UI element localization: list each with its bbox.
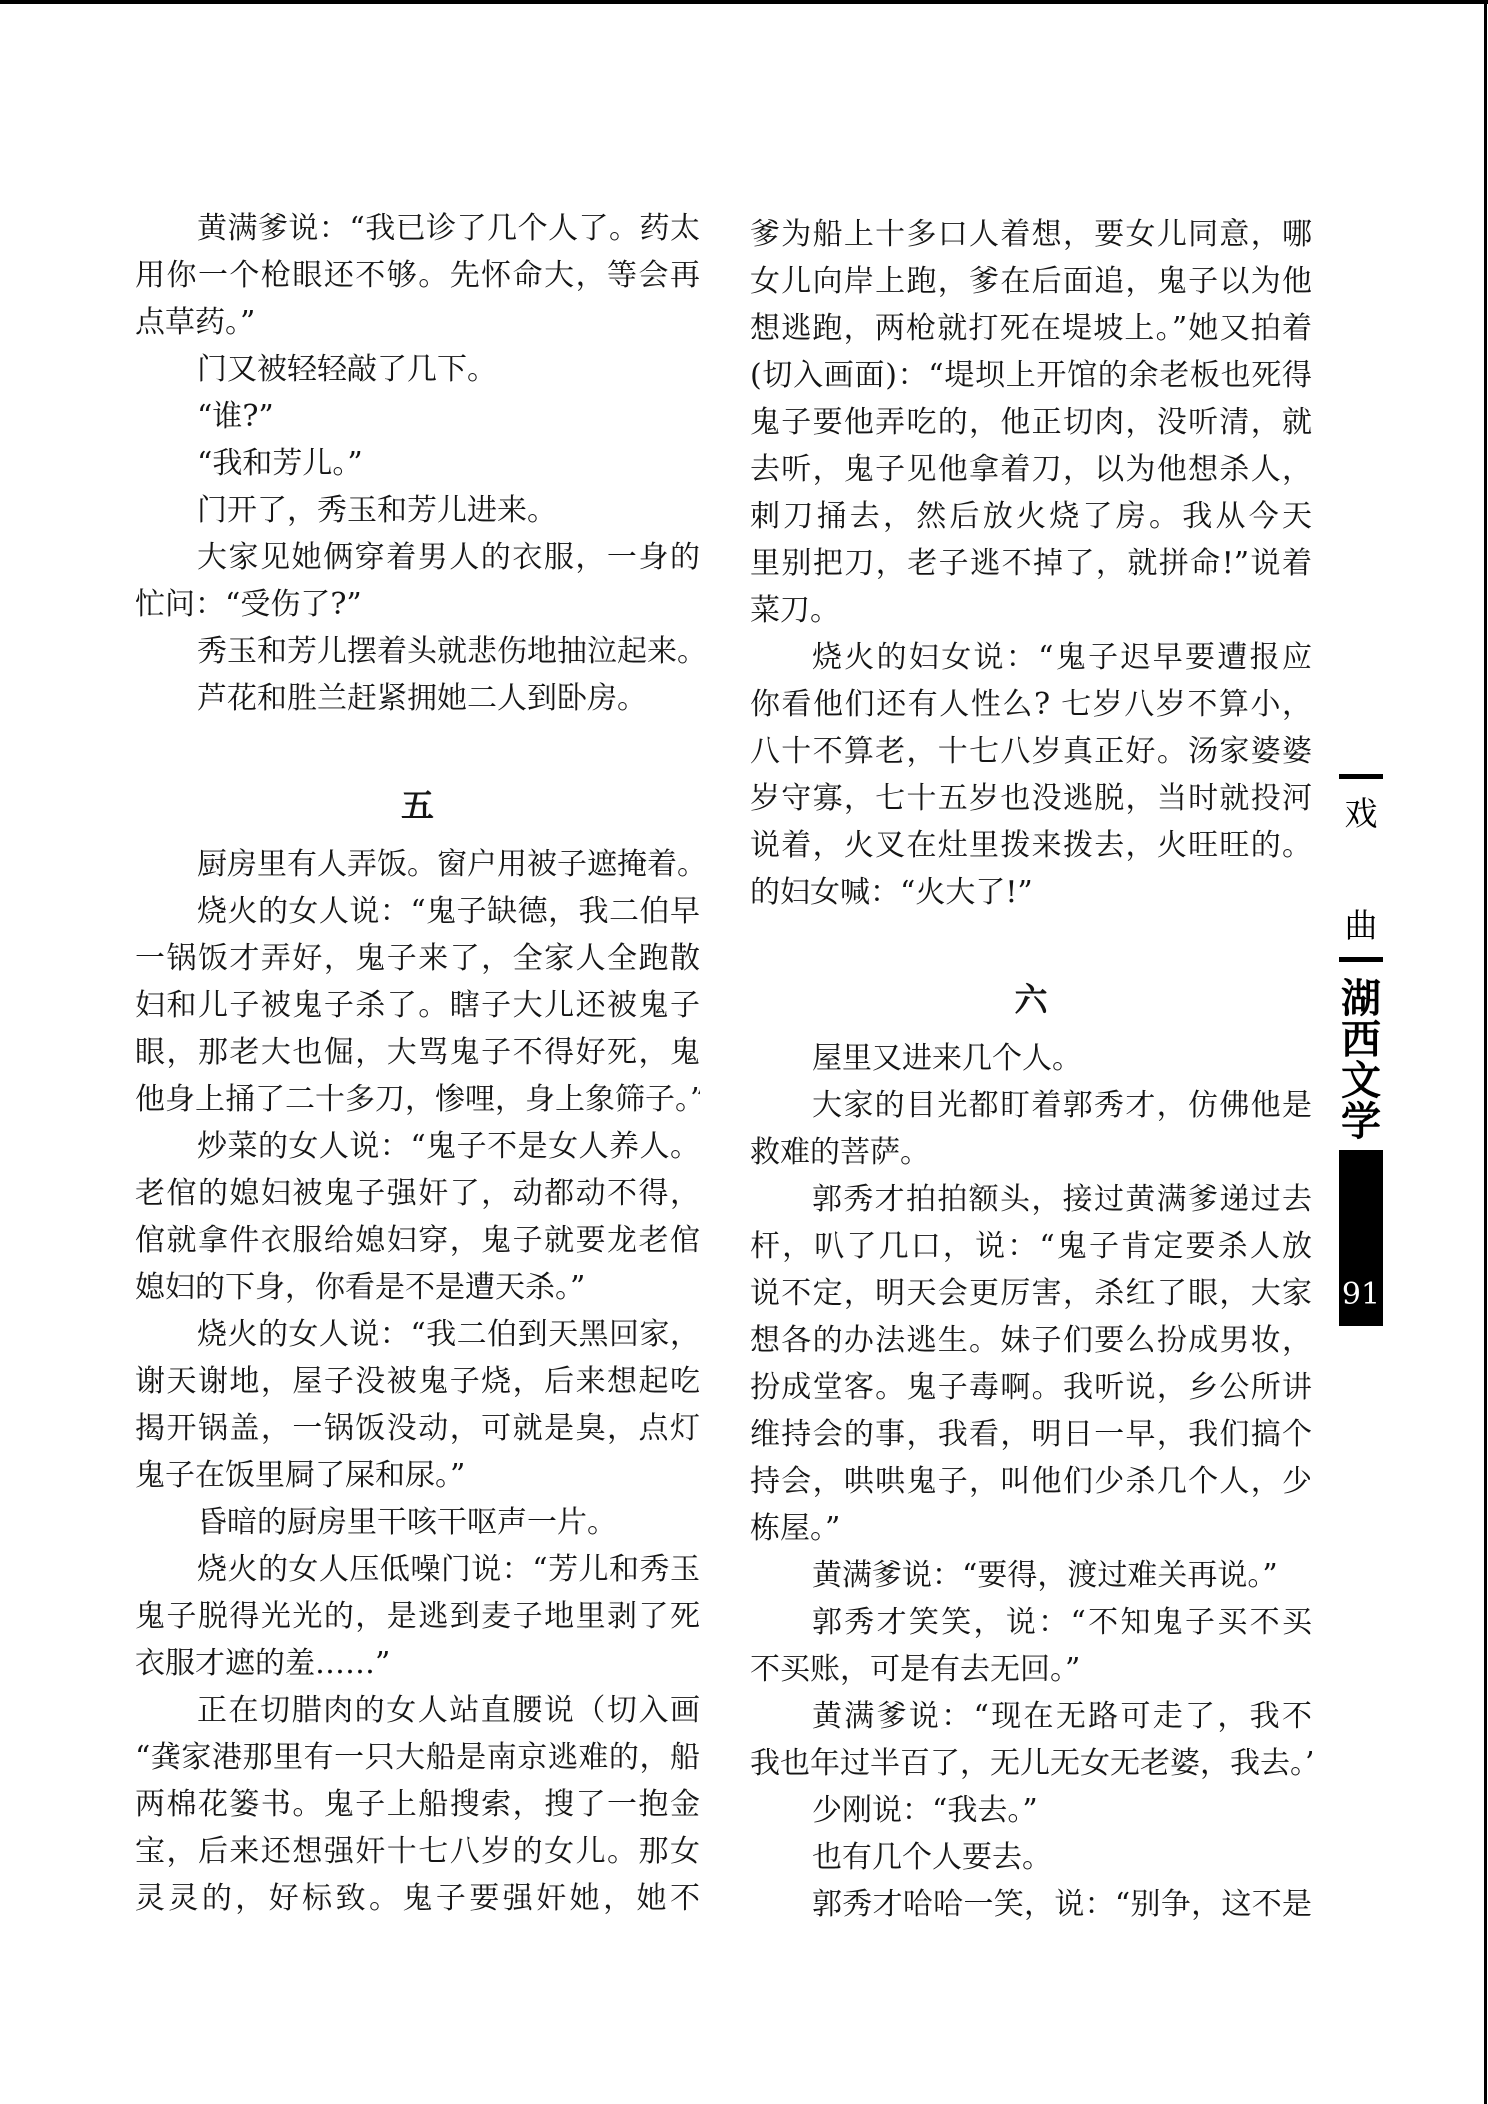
section-label-char-1: 戏 [1339,796,1383,832]
right-column: 爹为船上十多口人着想，要女儿同意，哪知，女儿向岸上跑，爹在后面追，鬼子以为他们是… [750,211,1312,1928]
section-heading: 五 [135,782,700,829]
text-line: 说不定，明天会更厉害，杀红了眼，大家要各 [750,1270,1312,1317]
text-line: 去听，鬼子见他拿着刀，以为他想杀人，就用 [750,446,1312,493]
text-line: 郭秀才拍拍额头，接过黄满爹递过去的烟 [750,1176,1312,1223]
text-line: 刺刀捅去，然后放火烧了房。我从今天起，腰 [750,493,1312,540]
magazine-logo-char-3: 文 [1336,1060,1386,1101]
text-line: 黄满爹说：“现在无路可走了，我不怕， [750,1693,1312,1740]
magazine-logo-char-2: 西 [1336,1019,1386,1060]
left-column: 黄满爹说：“我已诊了几个人了。药太少，用你一个枪眼还不够。先怀命大，等会再去扯点… [135,205,700,1922]
text-line: 忙问：“受伤了?” [135,581,700,628]
text-line: 少刚说：“我去。” [750,1787,1312,1834]
page-top-border [0,0,1488,4]
text-line: 黄满爹说：“要得，渡过难关再说。” [750,1552,1312,1599]
magazine-logo: 湖 西 文 学 [1336,978,1386,1142]
text-line: 他身上捅了二十多刀，惨哩，身上象筛子。” [135,1076,700,1123]
text-line: 八十不算老，十七八岁真正好。汤家婆婆二十 [750,728,1312,775]
text-line: 也有几个人要去。 [750,1834,1312,1881]
text-line: 救难的菩萨。 [750,1129,1312,1176]
text-line: 持会，哄哄鬼子，叫他们少杀几个人，少烧几 [750,1458,1312,1505]
text-line: “谁?” [135,393,700,440]
text-line: 你看他们还有人性么? 七岁八岁不算小，七十 [750,681,1312,728]
text-line: “我和芳儿。” [135,440,700,487]
text-line: 老倌的媳妇被鬼子强奸了，动都动不得，龙老 [135,1170,700,1217]
text-line: 鬼子在饭里屙了屎和尿。” [135,1452,700,1499]
magazine-logo-char-1: 湖 [1336,978,1386,1019]
text-line: 揭开锅盖，一锅饭没动，可就是臭，点灯一看， [135,1405,700,1452]
text-line: 门开了，秀玉和芳儿进来。 [135,487,700,534]
text-line: 妇和儿子被鬼子杀了。瞎子大儿还被鬼子挖了 [135,982,700,1029]
text-line: 芦花和胜兰赶紧拥她二人到卧房。 [135,675,700,722]
magazine-logo-char-4: 学 [1336,1101,1386,1142]
page-number-badge: 91 [1339,1150,1383,1326]
section-heading: 六 [750,976,1312,1023]
text-line: 菜刀。 [750,587,1312,634]
text-line: 秀玉和芳儿摆着头就悲伤地抽泣起来。 [135,628,700,675]
text-line: 说着，火叉在灶里拨来拨去，火旺旺的。烧菜 [750,822,1312,869]
text-line: 用你一个枪眼还不够。先怀命大，等会再去扯 [135,252,700,299]
text-line: 爹为船上十多口人着想，要女儿同意，哪知， [750,211,1312,258]
scanned-magazine-page: 黄满爹说：“我已诊了几个人了。药太少，用你一个枪眼还不够。先怀命大，等会再去扯点… [0,0,1488,2104]
text-line: 宝，后来还想强奸十七八岁的女儿。那女儿水 [135,1828,700,1875]
text-line: 炒菜的女人说：“鬼子不是女人养人。龙 [135,1123,700,1170]
text-line: 两棉花篓书。鬼子上船搜索，搜了一抱金银珠 [135,1781,700,1828]
section-label-char-2: 曲 [1339,908,1383,944]
text-line: 屋里又进来几个人。 [750,1035,1312,1082]
text-line: 岁守寡，七十五岁也没逃脱，当时就投河了。” [750,775,1312,822]
text-line: 烧火的妇女说：“鬼子迟早要遭报应的， [750,634,1312,681]
text-line: 一锅饭才弄好，鬼子来了，全家人全跑散了。媳 [135,935,700,982]
text-line: 想各的办法逃生。妹子们要么扮成男妆，要么 [750,1317,1312,1364]
text-line: 想逃跑，两枪就打死在堤坡上。”她又拍着刀说 [750,305,1312,352]
text-line: 里别把刀，老子逃不掉了，就拼命!”说着扬扬 [750,540,1312,587]
page-right-border [1484,0,1487,2104]
text-line: 媳妇的下身，你看是不是遭天杀。” [135,1264,700,1311]
text-line: 眼，那老大也倔，大骂鬼子不得好死，鬼子就在 [135,1029,700,1076]
sidebar-rule-top [1339,774,1383,779]
text-line: 谢天谢地，屋子没被鬼子烧，后来想起吃饭， [135,1358,700,1405]
sidebar-rule-bottom [1339,957,1383,962]
text-line: 我也年过半百了，无儿无女无老婆，我去。” [750,1740,1312,1787]
text-line: 郭秀才笑笑，说：“不知鬼子买不买账。 [750,1599,1312,1646]
text-line: 郭秀才哈哈一笑，说：“别争，这不是纪 [750,1881,1312,1928]
text-line: 烧火的女人说：“我二伯到天黑回家，还 [135,1311,700,1358]
text-line: 扮成堂客。鬼子毒啊。我听说，乡公所讲过办 [750,1364,1312,1411]
text-line: 大家见她俩穿着男人的衣服，一身的血， [135,534,700,581]
text-line: 烧火的女人说：“鬼子缺德，我二伯早上的 [135,888,700,935]
text-line: 正在切腊肉的女人站直腰说（切入画面）： [135,1687,700,1734]
text-line: 烧火的女人压低噪门说：“芳儿和秀玉被 [135,1546,700,1593]
page-number: 91 [1339,1278,1383,1312]
text-line: 栋屋。” [750,1505,1312,1552]
text-line: 门又被轻轻敲了几下。 [135,346,700,393]
text-line: 鬼子脱得光光的，是逃到麦子地里剥了死人的 [135,1593,700,1640]
text-line: 维持会的事，我看，明日一早，我们搞个假维 [750,1411,1312,1458]
text-line: 鬼子要他弄吃的，他正切肉，没听清，就走拢 [750,399,1312,446]
text-line: “龚家港那里有一只大船是南京逃难的，船上有 [135,1734,700,1781]
text-line: 灵灵的，好标致。鬼子要强奸她，她不干。她 [135,1875,700,1922]
text-line: (切入画面)：“堤坝上开馆的余老板也死得冤。 [750,352,1312,399]
text-line: 杆，叭了几口，说：“鬼子肯定要杀人放火， [750,1223,1312,1270]
text-line: 厨房里有人弄饭。窗户用被子遮掩着。 [135,841,700,888]
text-line: 昏暗的厨房里干咳干呕声一片。 [135,1499,700,1546]
text-line: 不买账，可是有去无回。” [750,1646,1312,1693]
text-line: 倌就拿件衣服给媳妇穿，鬼子就要龙老倌去舔 [135,1217,700,1264]
text-line: 的妇女喊：“火大了!” [750,869,1312,916]
text-line: 大家的目光都盯着郭秀才，仿佛他是救苦 [750,1082,1312,1129]
text-line: 女儿向岸上跑，爹在后面追，鬼子以为他们是 [750,258,1312,305]
text-line: 衣服才遮的羞……” [135,1640,700,1687]
text-line: 点草药。” [135,299,700,346]
text-line: 黄满爹说：“我已诊了几个人了。药太少， [135,205,700,252]
